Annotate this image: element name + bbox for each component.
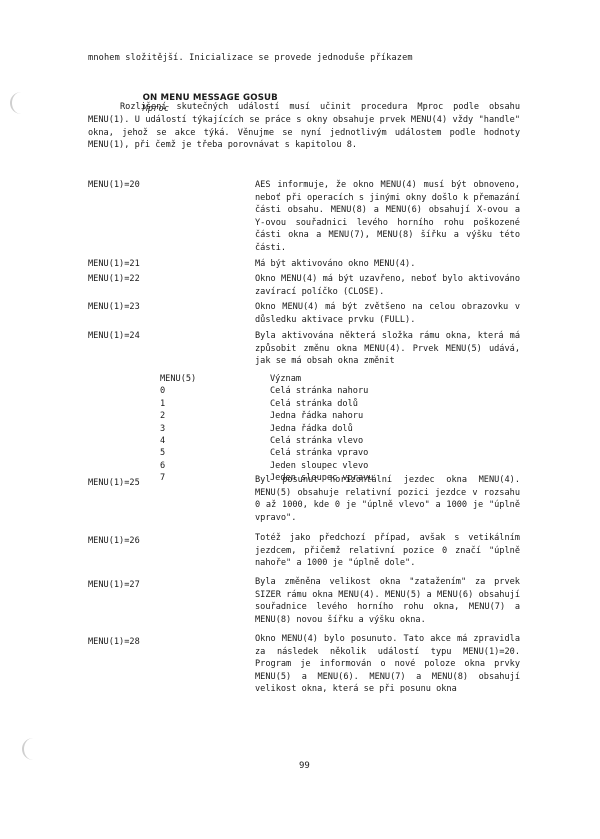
punch-hole-mark bbox=[22, 738, 34, 760]
table-cell: 0 bbox=[160, 385, 270, 397]
event-description: Okno MENU(4) má být zvětšeno na celou ob… bbox=[255, 301, 520, 326]
table-row: 2 Jedna řádka nahoru bbox=[160, 410, 470, 422]
event-description: Okno MENU(4) má být uzavřeno, neboť bylo… bbox=[255, 273, 520, 298]
event-description: Byla aktivována některá složka rámu okna… bbox=[255, 330, 520, 368]
event-entry: MENU(1)=22 Okno MENU(4) má být uzavřeno,… bbox=[88, 273, 520, 298]
event-entry: MENU(1)=23 Okno MENU(4) má být zvětšeno … bbox=[88, 301, 520, 326]
page-number: 99 bbox=[299, 761, 310, 771]
table-cell: Celá stránka nahoru bbox=[270, 385, 470, 397]
event-entry: MENU(1)=20 AES informuje, že okno MENU(4… bbox=[88, 179, 520, 255]
table-cell: Celá stránka dolů bbox=[270, 398, 470, 410]
body-paragraph: Rozlišení skutečných událostí musí učini… bbox=[88, 101, 520, 152]
event-entry: MENU(1)=27 Byla změněna velikost okna "z… bbox=[88, 576, 520, 626]
table-header: Význam bbox=[270, 373, 470, 385]
table-cell: Celá stránka vlevo bbox=[270, 435, 470, 447]
event-description: Byl posunut horizontální jezdec okna MEN… bbox=[255, 474, 520, 524]
event-key: MENU(1)=24 bbox=[88, 330, 198, 343]
table-cell: 1 bbox=[160, 398, 270, 410]
event-key: MENU(1)=27 bbox=[88, 579, 198, 592]
event-description: Byla změněna velikost okna "zatažením" z… bbox=[255, 576, 520, 626]
table-row: 5 Celá stránka vpravo bbox=[160, 447, 470, 459]
event-key: MENU(1)=21 bbox=[88, 258, 198, 271]
table-row: 6 Jeden sloupec vlevo bbox=[160, 460, 470, 472]
table-cell: 5 bbox=[160, 447, 270, 459]
event-key: MENU(1)=28 bbox=[88, 636, 198, 649]
event-description: Okno MENU(4) bylo posunuto. Tato akce má… bbox=[255, 633, 520, 696]
event-key: MENU(1)=20 bbox=[88, 179, 198, 192]
table-header-row: MENU(5) Význam bbox=[160, 373, 470, 385]
table-cell: 3 bbox=[160, 423, 270, 435]
event-key: MENU(1)=22 bbox=[88, 273, 198, 286]
table-cell: Jedna řádka nahoru bbox=[270, 410, 470, 422]
event-description: Má být aktivováno okno MENU(4). bbox=[255, 258, 520, 271]
table-cell: 6 bbox=[160, 460, 270, 472]
event-entry: MENU(1)=24 Byla aktivována některá složk… bbox=[88, 330, 520, 368]
event-entry: MENU(1)=26 Totéž jako předchozí případ, … bbox=[88, 532, 520, 570]
intro-line: mnohem složitější. Inicializace se prove… bbox=[88, 53, 413, 64]
event-description: Totéž jako předchozí případ, avšak s vet… bbox=[255, 532, 520, 570]
table-header: MENU(5) bbox=[160, 373, 270, 385]
table-cell: 4 bbox=[160, 435, 270, 447]
table-cell: Celá stránka vpravo bbox=[270, 447, 470, 459]
paragraph-text: Rozlišení skutečných událostí musí učini… bbox=[88, 101, 520, 152]
punch-hole-mark bbox=[10, 92, 22, 114]
table-row: 1 Celá stránka dolů bbox=[160, 398, 470, 410]
document-page: mnohem složitější. Inicializace se prove… bbox=[0, 0, 600, 839]
table-cell: Jeden sloupec vlevo bbox=[270, 460, 470, 472]
event-entry: MENU(1)=25 Byl posunut horizontální jezd… bbox=[88, 474, 520, 524]
table-cell: 2 bbox=[160, 410, 270, 422]
table-row: 4 Celá stránka vlevo bbox=[160, 435, 470, 447]
table-row: 3 Jedna řádka dolů bbox=[160, 423, 470, 435]
event-entry: MENU(1)=28 Okno MENU(4) bylo posunuto. T… bbox=[88, 633, 520, 696]
table-cell: Jedna řádka dolů bbox=[270, 423, 470, 435]
event-key: MENU(1)=26 bbox=[88, 535, 198, 548]
event-key: MENU(1)=23 bbox=[88, 301, 198, 314]
table-row: 0 Celá stránka nahoru bbox=[160, 385, 470, 397]
event-description: AES informuje, že okno MENU(4) musí být … bbox=[255, 179, 520, 255]
event-key: MENU(1)=25 bbox=[88, 477, 198, 490]
event-entry: MENU(1)=21 Má být aktivováno okno MENU(4… bbox=[88, 258, 520, 271]
menu5-table: MENU(5) Význam 0 Celá stránka nahoru 1 C… bbox=[160, 373, 470, 485]
